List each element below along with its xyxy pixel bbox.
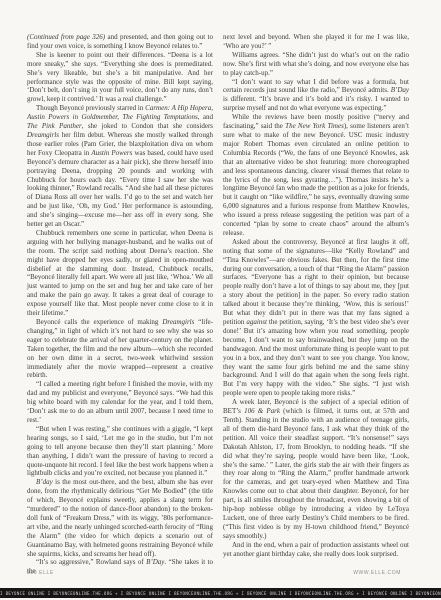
italic-text: says — [84, 60, 96, 68]
paragraph: (Continued from page 326) and presented,… — [27, 33, 213, 51]
body-text: Though Beyoncé previously starred in — [36, 104, 145, 112]
article-body: (Continued from page 326) and presented,… — [27, 33, 409, 576]
body-text: the petition, saying, ‘It’s the best vid… — [223, 318, 409, 379]
paragraph: While the reviews have been mostly posit… — [223, 113, 409, 238]
body-text: ), some listeners aren’t sure what to ma… — [223, 122, 409, 237]
page-number: 330 ELLE — [27, 570, 54, 576]
left-column: (Continued from page 326) and presented,… — [27, 33, 213, 576]
body-text: is different. “It’s brave and it’s bold … — [223, 95, 409, 112]
italic-text: B’day — [36, 478, 53, 486]
italic-text: B’Day — [391, 86, 409, 94]
body-text: (which is filmed, it turns out, at 57th … — [223, 407, 409, 540]
body-text: “life-changing,” in light of which it’s … — [27, 318, 213, 379]
paragraph: Beyoncé calls the experience of making D… — [27, 318, 213, 380]
body-text: Beyoncé calls the experience of making — [36, 318, 162, 326]
italic-text: 106 & Park — [244, 407, 280, 415]
italic-text: will — [280, 371, 291, 379]
italic-text: (Continued from page 326) — [27, 33, 107, 41]
paragraph: Though Beyoncé previously starred in Car… — [27, 104, 213, 229]
paragraph: Williams agrees. “She didn’t just do wha… — [223, 51, 409, 78]
italic-text: Dreamgirls — [162, 318, 194, 326]
right-column: next level and beyond. When she played i… — [223, 33, 409, 576]
body-text: , she joked to Condon that she considers — [82, 122, 213, 130]
italic-text: Dreamgirls — [27, 131, 59, 139]
bottom-strip: I BEYONCE ONLINE I BEYONCEONLINE.THE.ORG… — [0, 588, 441, 598]
body-text: next level and beyond. When she played i… — [223, 33, 409, 50]
paragraph: She is keener to point out their differe… — [27, 51, 213, 104]
italic-text: against — [246, 318, 267, 326]
body-text: “I don’t want to say what I did before w… — [223, 78, 409, 95]
body-text: “But when I was resting,” she continues … — [27, 425, 213, 478]
paragraph: “I called a meeting right before I finis… — [27, 380, 213, 425]
body-text: is the most out-there, and the best, alb… — [27, 478, 213, 557]
body-text: and — [200, 113, 214, 121]
italic-text: The Pink Panther — [27, 122, 82, 130]
body-text: Chubbuck remembers one scene in particul… — [27, 229, 213, 317]
magazine-page: (Continued from page 326) and presented,… — [0, 0, 441, 600]
bottom-strip-text: I BEYONCE ONLINE I BEYONCEONLINE.THE.ORG… — [0, 591, 441, 596]
body-text: “I called a meeting right before I finis… — [27, 380, 213, 424]
paragraph: Asked about the controversy, Beyoncé at … — [223, 238, 409, 398]
body-text: Asked about the controversy, Beyoncé at … — [223, 238, 409, 326]
paragraph: B’day is the most out-there, and the bes… — [27, 478, 213, 558]
paragraph: Chubbuck remembers one scene in particul… — [27, 229, 213, 318]
body-text: was based, could have used Beyoncé’s dem… — [27, 149, 213, 228]
page-footer: 330 ELLE WWW.ELLE.COM — [27, 570, 401, 576]
paragraph: “But when I was resting,” she continues … — [27, 425, 213, 478]
italic-text: B’Day — [146, 558, 164, 566]
italic-text: The New York Times — [285, 122, 344, 130]
website-url: WWW.ELLE.COM — [353, 570, 401, 576]
paragraph: And in the end, when a pair of productio… — [223, 541, 409, 559]
italic-text: Austin Powers — [91, 149, 132, 157]
paragraph: next level and beyond. When she played i… — [223, 33, 409, 51]
paragraph: “I don’t want to say what I did before w… — [223, 78, 409, 114]
body-text: Williams agrees. “She didn’t just do wha… — [223, 51, 409, 77]
body-text: And in the end, when a pair of productio… — [223, 541, 409, 558]
body-text: “It’s so aggressive,” Rowland says of — [36, 558, 146, 566]
paragraph: A week later, Beyoncé is the subject of … — [223, 398, 409, 541]
